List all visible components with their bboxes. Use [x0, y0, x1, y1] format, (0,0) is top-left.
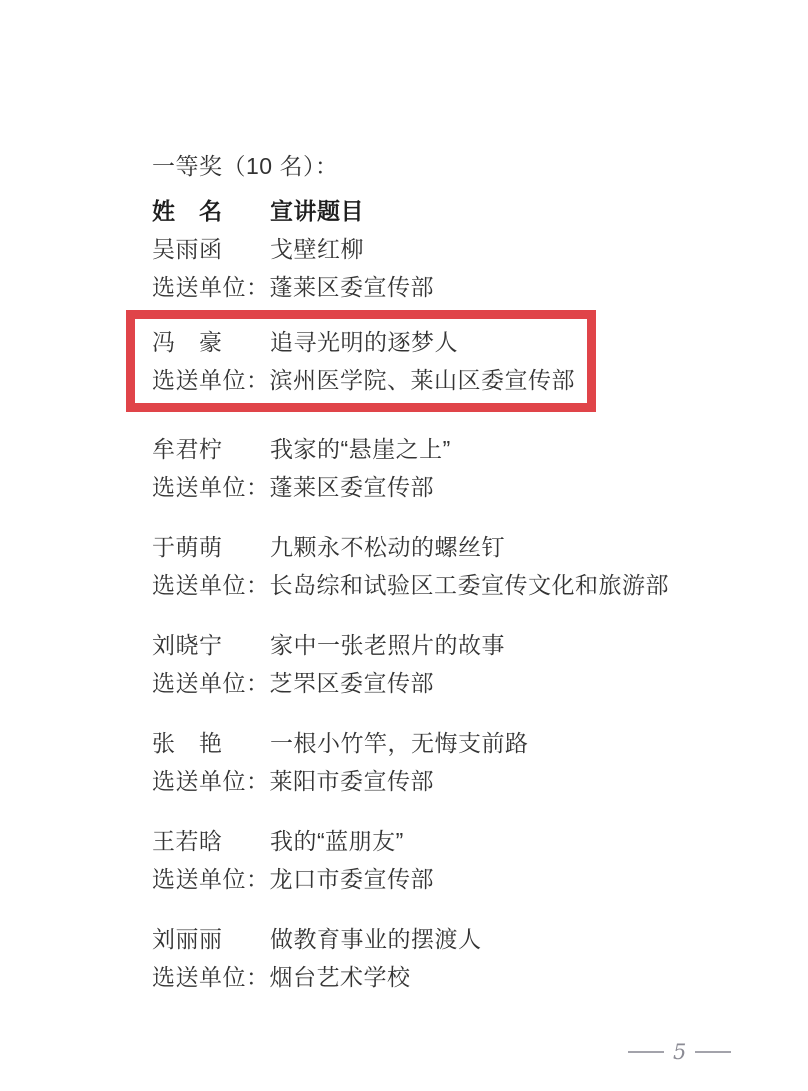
entry-title: 我家的“悬崖之上”: [270, 436, 451, 462]
entry-name-title-line: 牟君柠我家的“悬崖之上”: [152, 430, 669, 468]
entry-unit-line: 选送单位：蓬莱区委宣传部: [152, 468, 669, 506]
entry-title: 戈壁红柳: [270, 236, 364, 262]
page-footer: 5: [628, 1040, 731, 1064]
entry-title: 家中一张老照片的故事: [270, 632, 505, 658]
entry-name: 刘晓宁: [152, 626, 270, 664]
entry-unit: 烟台艺术学校: [270, 964, 411, 990]
entry-unit-line: 选送单位：烟台艺术学校: [152, 958, 669, 996]
award-entry: 刘晓宁家中一张老照片的故事 选送单位：芝罘区委宣传部: [152, 626, 669, 702]
page-number: 5: [673, 1040, 686, 1064]
entry-title: 追寻光明的逐梦人: [270, 329, 458, 355]
entry-name: 于萌萌: [152, 528, 270, 566]
entry-unit: 滨州医学院、莱山区委宣传部: [270, 367, 576, 393]
entry-unit-line: 选送单位：莱阳市委宣传部: [152, 762, 669, 800]
unit-label: 选送单位：: [152, 274, 270, 300]
entry-name: 刘丽丽: [152, 920, 270, 958]
award-entry: 王若晗我的“蓝朋友” 选送单位：龙口市委宣传部: [152, 822, 669, 898]
entry-unit-line: 选送单位：龙口市委宣传部: [152, 860, 669, 898]
unit-label: 选送单位：: [152, 670, 270, 696]
entry-name: 冯 豪: [152, 323, 270, 361]
unit-label: 选送单位：: [152, 964, 270, 990]
entry-unit-line: 选送单位：长岛综和试验区工委宣传文化和旅游部: [152, 566, 669, 604]
unit-label: 选送单位：: [152, 866, 270, 892]
entry-unit: 龙口市委宣传部: [270, 866, 435, 892]
unit-label: 选送单位：: [152, 768, 270, 794]
entry-name-title-line: 于萌萌九颗永不松动的螺丝钉: [152, 528, 669, 566]
unit-label: 选送单位：: [152, 367, 270, 393]
entry-name-title-line: 王若晗我的“蓝朋友”: [152, 822, 669, 860]
entry-name-title-line: 刘丽丽做教育事业的摆渡人: [152, 920, 669, 958]
unit-label: 选送单位：: [152, 474, 270, 500]
entry-unit: 莱阳市委宣传部: [270, 768, 435, 794]
table-header: 姓 名宣讲题目: [152, 192, 669, 230]
entry-name-title-line: 刘晓宁家中一张老照片的故事: [152, 626, 669, 664]
entry-name-title-line: 张 艳一根小竹竿，无悔支前路: [152, 724, 669, 762]
entry-name-title-line: 吴雨函戈壁红柳: [152, 230, 669, 268]
footer-right-dash: [695, 1051, 731, 1053]
entry-name-title-line: 冯 豪追寻光明的逐梦人: [152, 323, 575, 361]
entry-title: 我的“蓝朋友”: [270, 828, 404, 854]
entry-unit: 芝罘区委宣传部: [270, 670, 435, 696]
highlighted-award-entry: 冯 豪追寻光明的逐梦人 选送单位：滨州医学院、莱山区委宣传部: [126, 310, 596, 412]
entries-list: 吴雨函戈壁红柳 选送单位：蓬莱区委宣传部 冯 豪追寻光明的逐梦人 选送单位：滨州…: [152, 230, 669, 996]
award-entry: 张 艳一根小竹竿，无悔支前路 选送单位：莱阳市委宣传部: [152, 724, 669, 800]
entry-title: 一根小竹竿，无悔支前路: [270, 730, 529, 756]
title-column-header: 宣讲题目: [270, 198, 364, 224]
entry-title: 九颗永不松动的螺丝钉: [270, 534, 505, 560]
entry-unit-line: 选送单位：蓬莱区委宣传部: [152, 268, 669, 306]
document-content: 一等奖（10 名）： 姓 名宣讲题目 吴雨函戈壁红柳 选送单位：蓬莱区委宣传部 …: [152, 147, 669, 1018]
entry-title: 做教育事业的摆渡人: [270, 926, 482, 952]
name-column-header: 姓 名: [152, 192, 270, 230]
award-entry: 于萌萌九颗永不松动的螺丝钉 选送单位：长岛综和试验区工委宣传文化和旅游部: [152, 528, 669, 604]
entry-name: 牟君柠: [152, 430, 270, 468]
document-page: 一等奖（10 名）： 姓 名宣讲题目 吴雨函戈壁红柳 选送单位：蓬莱区委宣传部 …: [0, 0, 808, 1091]
award-heading: 一等奖（10 名）：: [152, 147, 669, 185]
award-entry: 牟君柠我家的“悬崖之上” 选送单位：蓬莱区委宣传部: [152, 430, 669, 506]
unit-label: 选送单位：: [152, 572, 270, 598]
entry-unit-line: 选送单位：滨州医学院、莱山区委宣传部: [152, 361, 575, 399]
award-entry: 吴雨函戈壁红柳 选送单位：蓬莱区委宣传部: [152, 230, 669, 306]
entry-name: 张 艳: [152, 724, 270, 762]
award-entry: 刘丽丽做教育事业的摆渡人 选送单位：烟台艺术学校: [152, 920, 669, 996]
footer-left-dash: [628, 1051, 664, 1053]
entry-name: 王若晗: [152, 822, 270, 860]
entry-name: 吴雨函: [152, 230, 270, 268]
entry-unit-line: 选送单位：芝罘区委宣传部: [152, 664, 669, 702]
entry-unit: 蓬莱区委宣传部: [270, 474, 435, 500]
entry-unit: 长岛综和试验区工委宣传文化和旅游部: [270, 572, 670, 598]
entry-unit: 蓬莱区委宣传部: [270, 274, 435, 300]
